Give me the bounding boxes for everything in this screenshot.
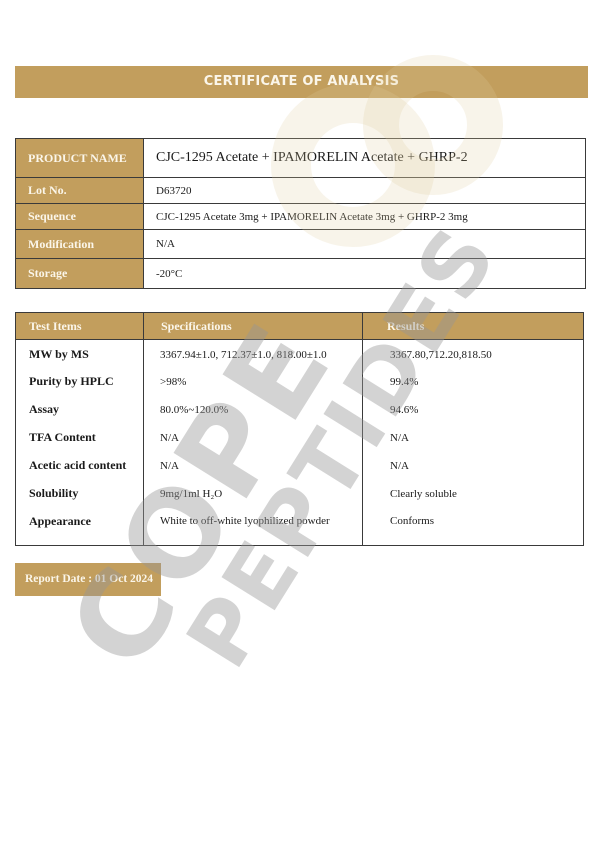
- test-item: Assay: [16, 396, 144, 424]
- table-row: MW by MS 3367.94±1.0, 712.37±1.0, 818.00…: [16, 340, 584, 368]
- test-result: 94.6%: [363, 396, 584, 424]
- modification-value: N/A: [144, 230, 586, 259]
- test-spec: 80.0%~120.0%: [144, 396, 363, 424]
- table-row: Solubility 9mg/1ml H₂O Clearly soluble: [16, 480, 584, 508]
- table-row: Assay 80.0%~120.0% 94.6%: [16, 396, 584, 424]
- test-spec: 3367.94±1.0, 712.37±1.0, 818.00±1.0: [144, 340, 363, 368]
- test-result: Clearly soluble: [363, 480, 584, 508]
- table-row: TFA Content N/A N/A: [16, 424, 584, 452]
- lot-number-value: D63720: [144, 178, 586, 204]
- header-test-items: Test Items: [16, 313, 144, 340]
- product-row-name: PRODUCT NAME CJC-1295 Acetate + IPAMOREL…: [16, 139, 586, 178]
- test-result: 3367.80,712.20,818.50: [363, 340, 584, 368]
- test-spec: >98%: [144, 368, 363, 396]
- lot-number-label: Lot No.: [16, 178, 144, 204]
- test-table-header: Test Items Specifications Results: [16, 313, 584, 340]
- storage-label: Storage: [16, 259, 144, 289]
- product-info-table: PRODUCT NAME CJC-1295 Acetate + IPAMOREL…: [15, 138, 586, 289]
- table-row: Purity by HPLC >98% 99.4%: [16, 368, 584, 396]
- test-spec: N/A: [144, 424, 363, 452]
- product-name-value: CJC-1295 Acetate + IPAMORELIN Acetate + …: [144, 139, 586, 178]
- header-specifications: Specifications: [144, 313, 363, 340]
- test-spec: 9mg/1ml H₂O: [144, 480, 363, 508]
- product-name-label: PRODUCT NAME: [16, 139, 144, 178]
- sequence-label: Sequence: [16, 204, 144, 230]
- test-result: N/A: [363, 424, 584, 452]
- test-result: 99.4%: [363, 368, 584, 396]
- test-results-table: Test Items Specifications Results MW by …: [15, 312, 584, 546]
- table-row: Acetic acid content N/A N/A: [16, 452, 584, 480]
- test-item: Solubility: [16, 480, 144, 508]
- product-row-storage: Storage -20°C: [16, 259, 586, 289]
- test-item: MW by MS: [16, 340, 144, 368]
- storage-value: -20°C: [144, 259, 586, 289]
- test-item: Purity by HPLC: [16, 368, 144, 396]
- test-item: Acetic acid content: [16, 452, 144, 480]
- product-row-sequence: Sequence CJC-1295 Acetate 3mg + IPAMOREL…: [16, 204, 586, 230]
- sequence-value: CJC-1295 Acetate 3mg + IPAMORELIN Acetat…: [144, 204, 586, 230]
- modification-label: Modification: [16, 230, 144, 259]
- test-spec: White to off-white lyophilized powder: [144, 508, 363, 546]
- header-results: Results: [363, 313, 584, 340]
- table-row: Appearance White to off-white lyophilize…: [16, 508, 584, 546]
- test-item: TFA Content: [16, 424, 144, 452]
- test-spec: N/A: [144, 452, 363, 480]
- test-result: Conforms: [363, 508, 584, 546]
- certificate-title: CERTIFICATE OF ANALYSIS: [15, 66, 588, 98]
- report-date: Report Date : 01 Oct 2024: [15, 563, 161, 596]
- test-result: N/A: [363, 452, 584, 480]
- product-row-modification: Modification N/A: [16, 230, 586, 259]
- test-item: Appearance: [16, 508, 144, 546]
- product-row-lot: Lot No. D63720: [16, 178, 586, 204]
